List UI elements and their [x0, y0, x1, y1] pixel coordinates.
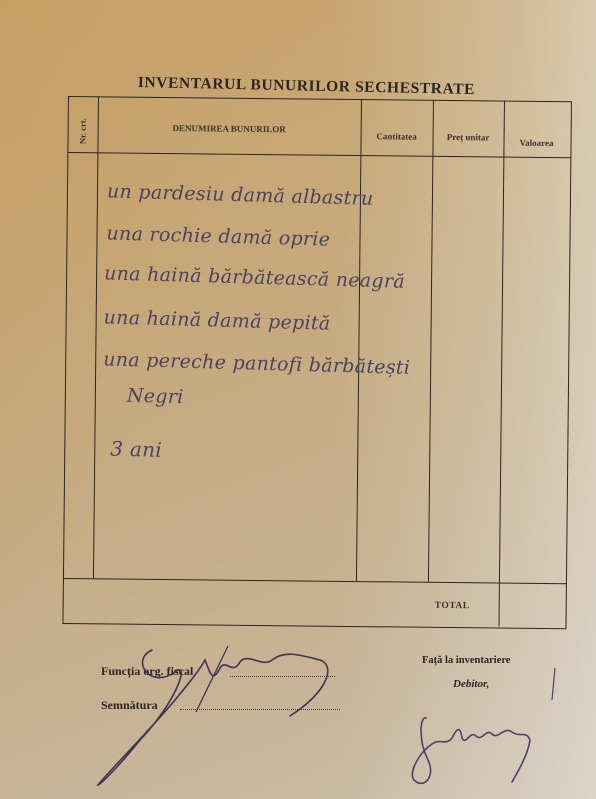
total-value	[503, 599, 563, 618]
header-nr-crt: Nr. crt.	[77, 118, 87, 144]
inventory-table: Nr. crt. DENUMIREA BUNURILOR Cantitatea …	[62, 96, 574, 631]
presence-label: Față la inventariere	[422, 655, 510, 666]
signature-label: Semnătura	[101, 698, 158, 713]
function-line	[230, 676, 335, 677]
signature-line	[180, 709, 340, 710]
handwritten-line-7: 3 ani	[110, 436, 162, 461]
function-label: Funcția org. fiscal	[101, 664, 193, 679]
header-cantitatea: Cantitatea	[361, 131, 433, 142]
handwritten-line-6: Negri	[127, 385, 184, 409]
header-pret-unitar: Preț unitar	[433, 132, 504, 143]
header-valoarea: Valoarea	[503, 138, 569, 149]
debtor-label: Debitor,	[453, 678, 489, 690]
total-label: TOTAL	[435, 601, 470, 611]
page-title: INVENTARUL BUNURILOR SECHESTRATE	[138, 74, 518, 100]
